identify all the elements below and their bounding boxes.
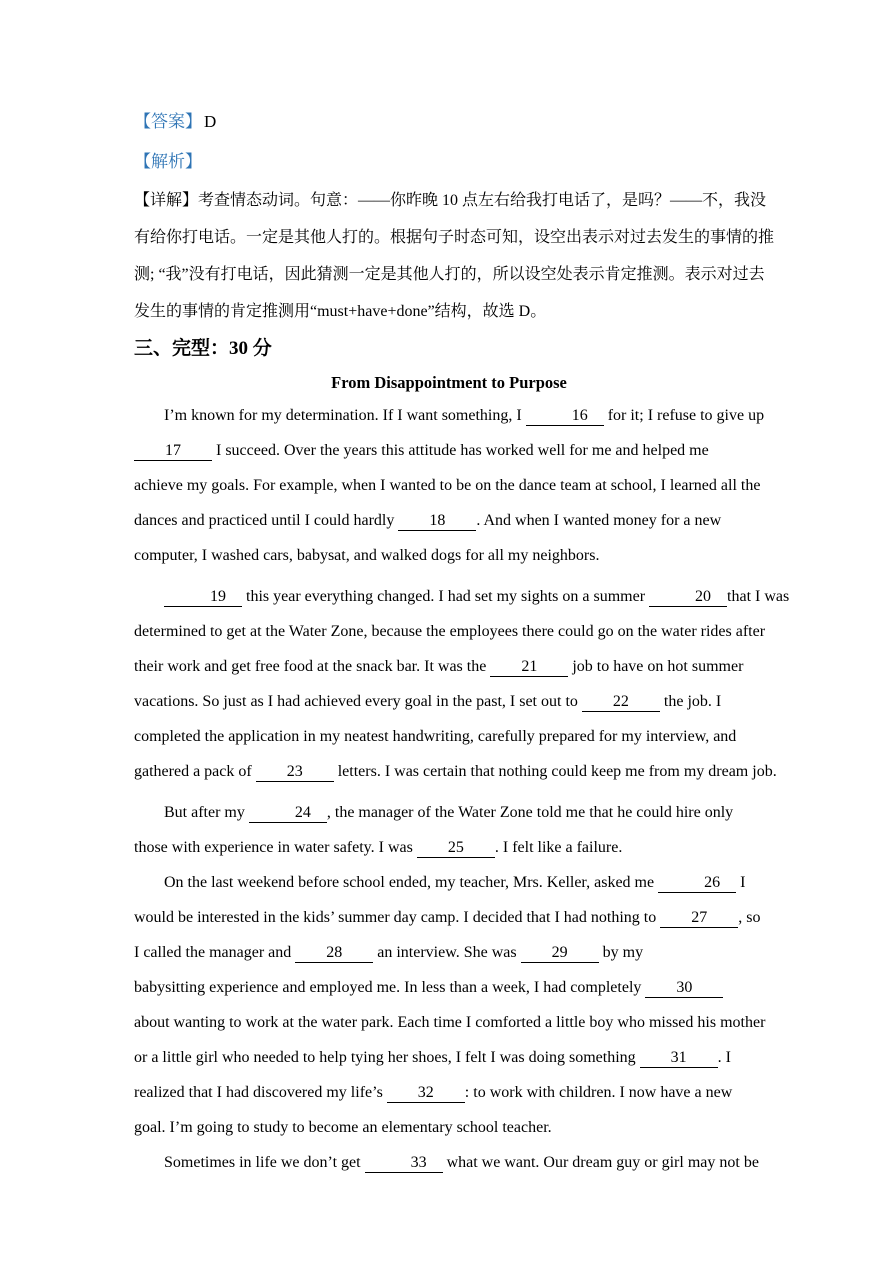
text-line: realized that I had discovered my life’s… — [134, 1075, 764, 1110]
cloze-blank-19: 19 — [164, 587, 242, 607]
cloze-passage: I’m known for my determination. If I wan… — [134, 398, 764, 1180]
cloze-blank-17: 17 — [134, 441, 212, 461]
cloze-blank-26: 26 — [658, 873, 736, 893]
cloze-blank-24: 24 — [249, 803, 327, 823]
cloze-blank-31: 31 — [640, 1048, 718, 1068]
text-line: vacations. So just as I had achieved eve… — [134, 684, 764, 719]
text-line: gathered a pack of 23 letters. I was cer… — [134, 754, 764, 789]
cloze-blank-23: 23 — [256, 762, 334, 782]
text-line: achieve my goals. For example, when I wa… — [134, 468, 764, 503]
text-line: 19 this year everything changed. I had s… — [134, 579, 764, 614]
text-line: I’m known for my determination. If I wan… — [134, 398, 764, 433]
cloze-blank-30: 30 — [645, 978, 723, 998]
cloze-blank-20: 20 — [649, 587, 727, 607]
cloze-blank-21: 21 — [490, 657, 568, 677]
text-line: babysitting experience and employed me. … — [134, 970, 764, 1005]
answer-value: D — [202, 112, 216, 131]
explanation-line: 发生的事情的肯定推测用“must+have+done”结构，故选 D。 — [134, 293, 764, 330]
cloze-blank-32: 32 — [387, 1083, 465, 1103]
explanation-line: 【详解】考查情态动词。句意：——你昨晚 10 点左右给我打电话了，是吗？——不，… — [134, 182, 764, 219]
text-line: completed the application in my neatest … — [134, 719, 764, 754]
explanation-line: 测; “我”没有打电话，因此猜测一定是其他人打的，所以设空处表示肯定推测。表示对… — [134, 256, 764, 293]
passage-paragraph: But after my 24, the manager of the Wate… — [134, 795, 764, 865]
answer-line: 【答案】D — [134, 102, 764, 142]
passage-title: From Disappointment to Purpose — [134, 368, 764, 398]
text-line: would be interested in the kids’ summer … — [134, 900, 764, 935]
text-line: about wanting to work at the water park.… — [134, 1005, 764, 1040]
text-line: But after my 24, the manager of the Wate… — [134, 795, 764, 830]
text-line: On the last weekend before school ended,… — [134, 865, 764, 900]
cloze-blank-33: 33 — [365, 1153, 443, 1173]
text-line: dances and practiced until I could hardl… — [134, 503, 764, 538]
analysis-label: 【解析】 — [134, 152, 202, 171]
answer-label: 【答案】 — [134, 112, 202, 131]
cloze-blank-22: 22 — [582, 692, 660, 712]
cloze-blank-28: 28 — [295, 943, 373, 963]
analysis-line: 【解析】 — [134, 142, 764, 182]
cloze-blank-25: 25 — [417, 838, 495, 858]
text-line: determined to get at the Water Zone, bec… — [134, 614, 764, 649]
passage-paragraph: Sometimes in life we don’t get 33 what w… — [134, 1145, 764, 1180]
explanation-line: 有给你打电话。一定是其他人打的。根据句子时态可知，设空出表示对过去发生的事情的推 — [134, 219, 764, 256]
text-line: or a little girl who needed to help tyin… — [134, 1040, 764, 1075]
text-line: computer, I washed cars, babysat, and wa… — [134, 538, 764, 573]
cloze-blank-27: 27 — [660, 908, 738, 928]
passage-paragraph: 19 this year everything changed. I had s… — [134, 579, 764, 789]
text-line: I called the manager and 28 an interview… — [134, 935, 764, 970]
passage-paragraph: On the last weekend before school ended,… — [134, 865, 764, 1145]
cloze-blank-29: 29 — [521, 943, 599, 963]
text-line: their work and get free food at the snac… — [134, 649, 764, 684]
cloze-blank-16: 16 — [526, 406, 604, 426]
text-line: those with experience in water safety. I… — [134, 830, 764, 865]
text-line: goal. I’m going to study to become an el… — [134, 1110, 764, 1145]
explanation-paragraph: 【详解】考查情态动词。句意：——你昨晚 10 点左右给我打电话了，是吗？——不，… — [134, 182, 764, 330]
text-line: Sometimes in life we don’t get 33 what w… — [134, 1145, 764, 1180]
cloze-blank-18: 18 — [398, 511, 476, 531]
passage-paragraph: I’m known for my determination. If I wan… — [134, 398, 764, 573]
section-heading: 三、完型：30 分 — [134, 330, 764, 368]
document-page: 【答案】D 【解析】 【详解】考查情态动词。句意：——你昨晚 10 点左右给我打… — [0, 0, 892, 1262]
text-line: 17 I succeed. Over the years this attitu… — [134, 433, 764, 468]
